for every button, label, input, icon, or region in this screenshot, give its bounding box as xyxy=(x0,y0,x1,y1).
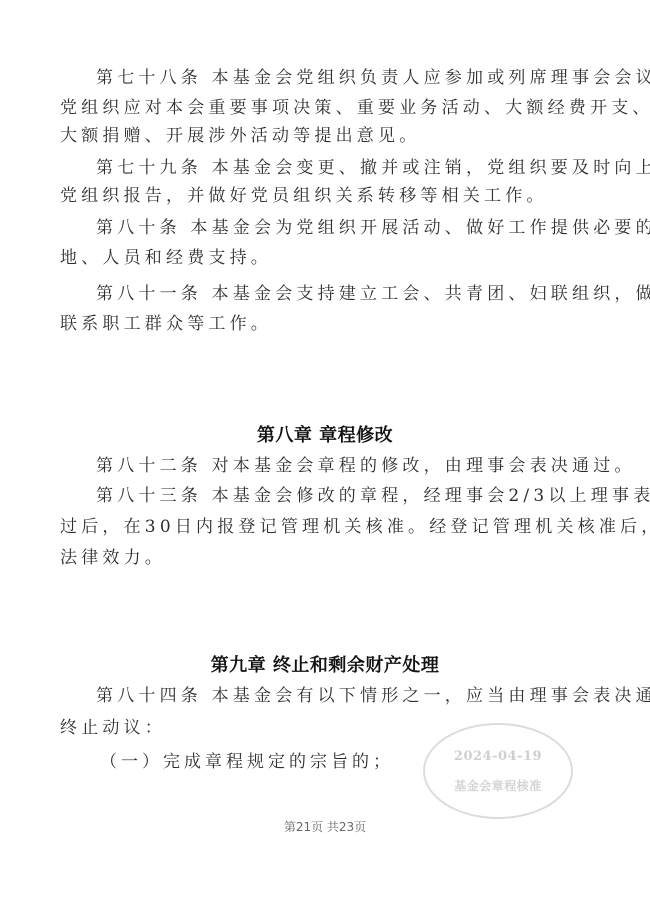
article-78-line-3: 大额捐赠、开展涉外活动等提出意见。 xyxy=(60,125,590,147)
article-83-line-2: 过后，在30日内报登记管理机关核准。经登记管理机关核准后，发生 xyxy=(60,516,590,538)
document-page: 第七十八条 本基金会党组织负责人应参加或列席理事会会议。 党组织应对本会重要事项… xyxy=(0,0,650,920)
stamp-date: 2024-04-19 xyxy=(425,749,571,764)
chapter-8-heading: 第八章 章程修改 xyxy=(0,425,650,447)
stamp-label: 基金会章程核准 xyxy=(425,777,571,794)
article-83-line-3: 法律效力。 xyxy=(60,547,590,569)
article-81-line-1: 第八十一条 本基金会支持建立工会、共青团、妇联组织，做好 xyxy=(96,283,626,305)
article-80-line-1: 第八十条 本基金会为党组织开展活动、做好工作提供必要的场 xyxy=(96,217,626,239)
page-indicator: 第21页 共23页 xyxy=(0,818,650,835)
approval-stamp: 2024-04-19 基金会章程核准 xyxy=(423,723,573,819)
article-82-line-1: 第八十二条 对本基金会章程的修改，由理事会表决通过。 xyxy=(96,455,626,477)
article-79-line-2: 党组织报告，并做好党员组织关系转移等相关工作。 xyxy=(60,185,590,207)
article-78-line-2: 党组织应对本会重要事项决策、重要业务活动、大额经费开支、接收 xyxy=(60,97,590,119)
article-81-line-2: 联系职工群众等工作。 xyxy=(60,313,590,335)
article-84-line-1: 第八十四条 本基金会有以下情形之一，应当由理事会表决通过 xyxy=(96,685,626,707)
chapter-9-heading: 第九章 终止和剩余财产处理 xyxy=(0,655,650,677)
article-80-line-2: 地、人员和经费支持。 xyxy=(60,247,590,269)
article-83-line-1: 第八十三条 本基金会修改的章程，经理事会2/3以上理事表决通 xyxy=(96,485,626,507)
article-78-line-1: 第七十八条 本基金会党组织负责人应参加或列席理事会会议。 xyxy=(96,67,626,89)
article-79-line-1: 第七十九条 本基金会变更、撤并或注销，党组织要及时向上级 xyxy=(96,157,626,179)
